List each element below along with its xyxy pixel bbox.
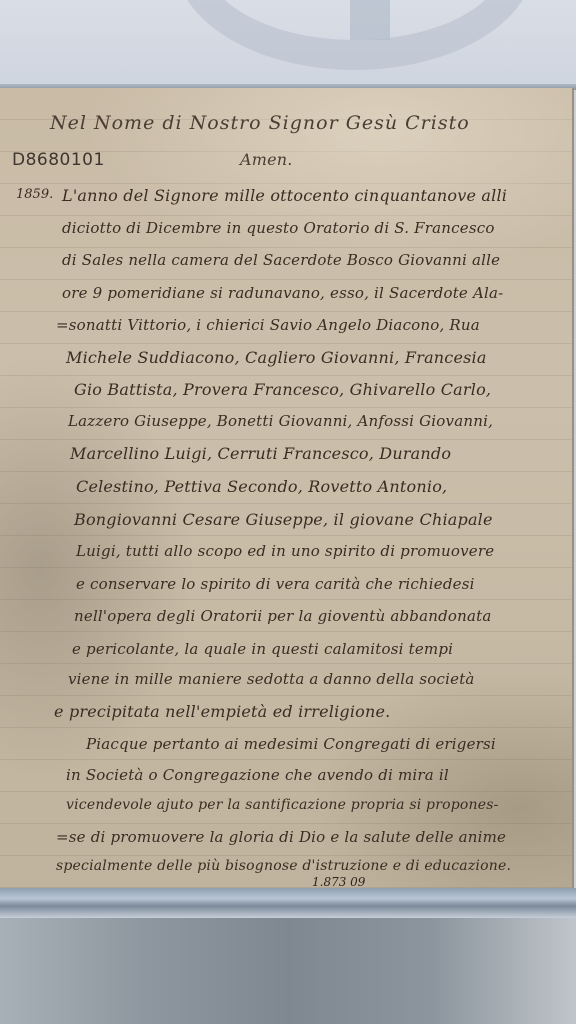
text-line: vicendevole ajuto per la santificazione …: [66, 797, 499, 813]
text-line: Michele Suddiacono, Cagliero Giovanni, F…: [66, 348, 487, 367]
text-line: e pericolante, la quale in questi calami…: [72, 640, 453, 658]
text-line: Luigi, tutti allo scopo ed in uno spirit…: [76, 542, 494, 560]
text-line: e conservare lo spirito di vera carità c…: [76, 575, 475, 593]
text-line: Celestino, Pettiva Secondo, Rovetto Anto…: [76, 477, 447, 496]
text-line: ore 9 pomeridiane si radunavano, esso, i…: [62, 284, 503, 302]
text-line: Gio Battista, Provera Francesco, Ghivare…: [74, 380, 491, 399]
text-line: in Società o Congregazione che avendo di…: [66, 766, 449, 784]
text-line: Lazzero Giuseppe, Bonetti Giovanni, Anfo…: [68, 412, 493, 430]
text-line: e precipitata nell'empietà ed irreligion…: [54, 702, 390, 721]
text-line: =sonatti Vittorio, i chierici Savio Ange…: [56, 316, 480, 334]
text-line: L'anno del Signore mille ottocento cinqu…: [62, 186, 507, 205]
text-line: di Sales nella camera del Sacerdote Bosc…: [62, 251, 500, 269]
text-line: Marcellino Luigi, Cerruti Francesco, Dur…: [70, 444, 451, 463]
text-line: Bongiovanni Cesare Giuseppe, il giovane …: [74, 510, 493, 529]
text-line: =se di promuovere la gloria di Dio e la …: [56, 828, 506, 846]
text-line: specialmente delle più bisognose d'istru…: [56, 858, 511, 874]
text-line: nell'opera degli Oratorii per la giovent…: [74, 607, 491, 625]
background-wall: [0, 0, 576, 84]
text-line: viene in mille maniere sedotta a danno d…: [68, 670, 475, 688]
margin-year: 1859.: [16, 187, 53, 202]
page-catalog-number: 1.873 09: [312, 875, 365, 889]
display-case-base: [0, 918, 576, 1024]
display-case-glass-edge: [0, 888, 576, 918]
text-line: Piacque pertanto ai medesimi Congregati …: [86, 735, 496, 753]
text-line: diciotto di Dicembre in questo Oratorio …: [62, 219, 495, 237]
document-amen: Amen.: [240, 150, 293, 169]
wall-shadow-bar: [350, 0, 390, 40]
document-heading: Nel Nome di Nostro Signor Gesù Cristo: [50, 112, 470, 134]
archive-code: D8680101: [12, 150, 105, 170]
